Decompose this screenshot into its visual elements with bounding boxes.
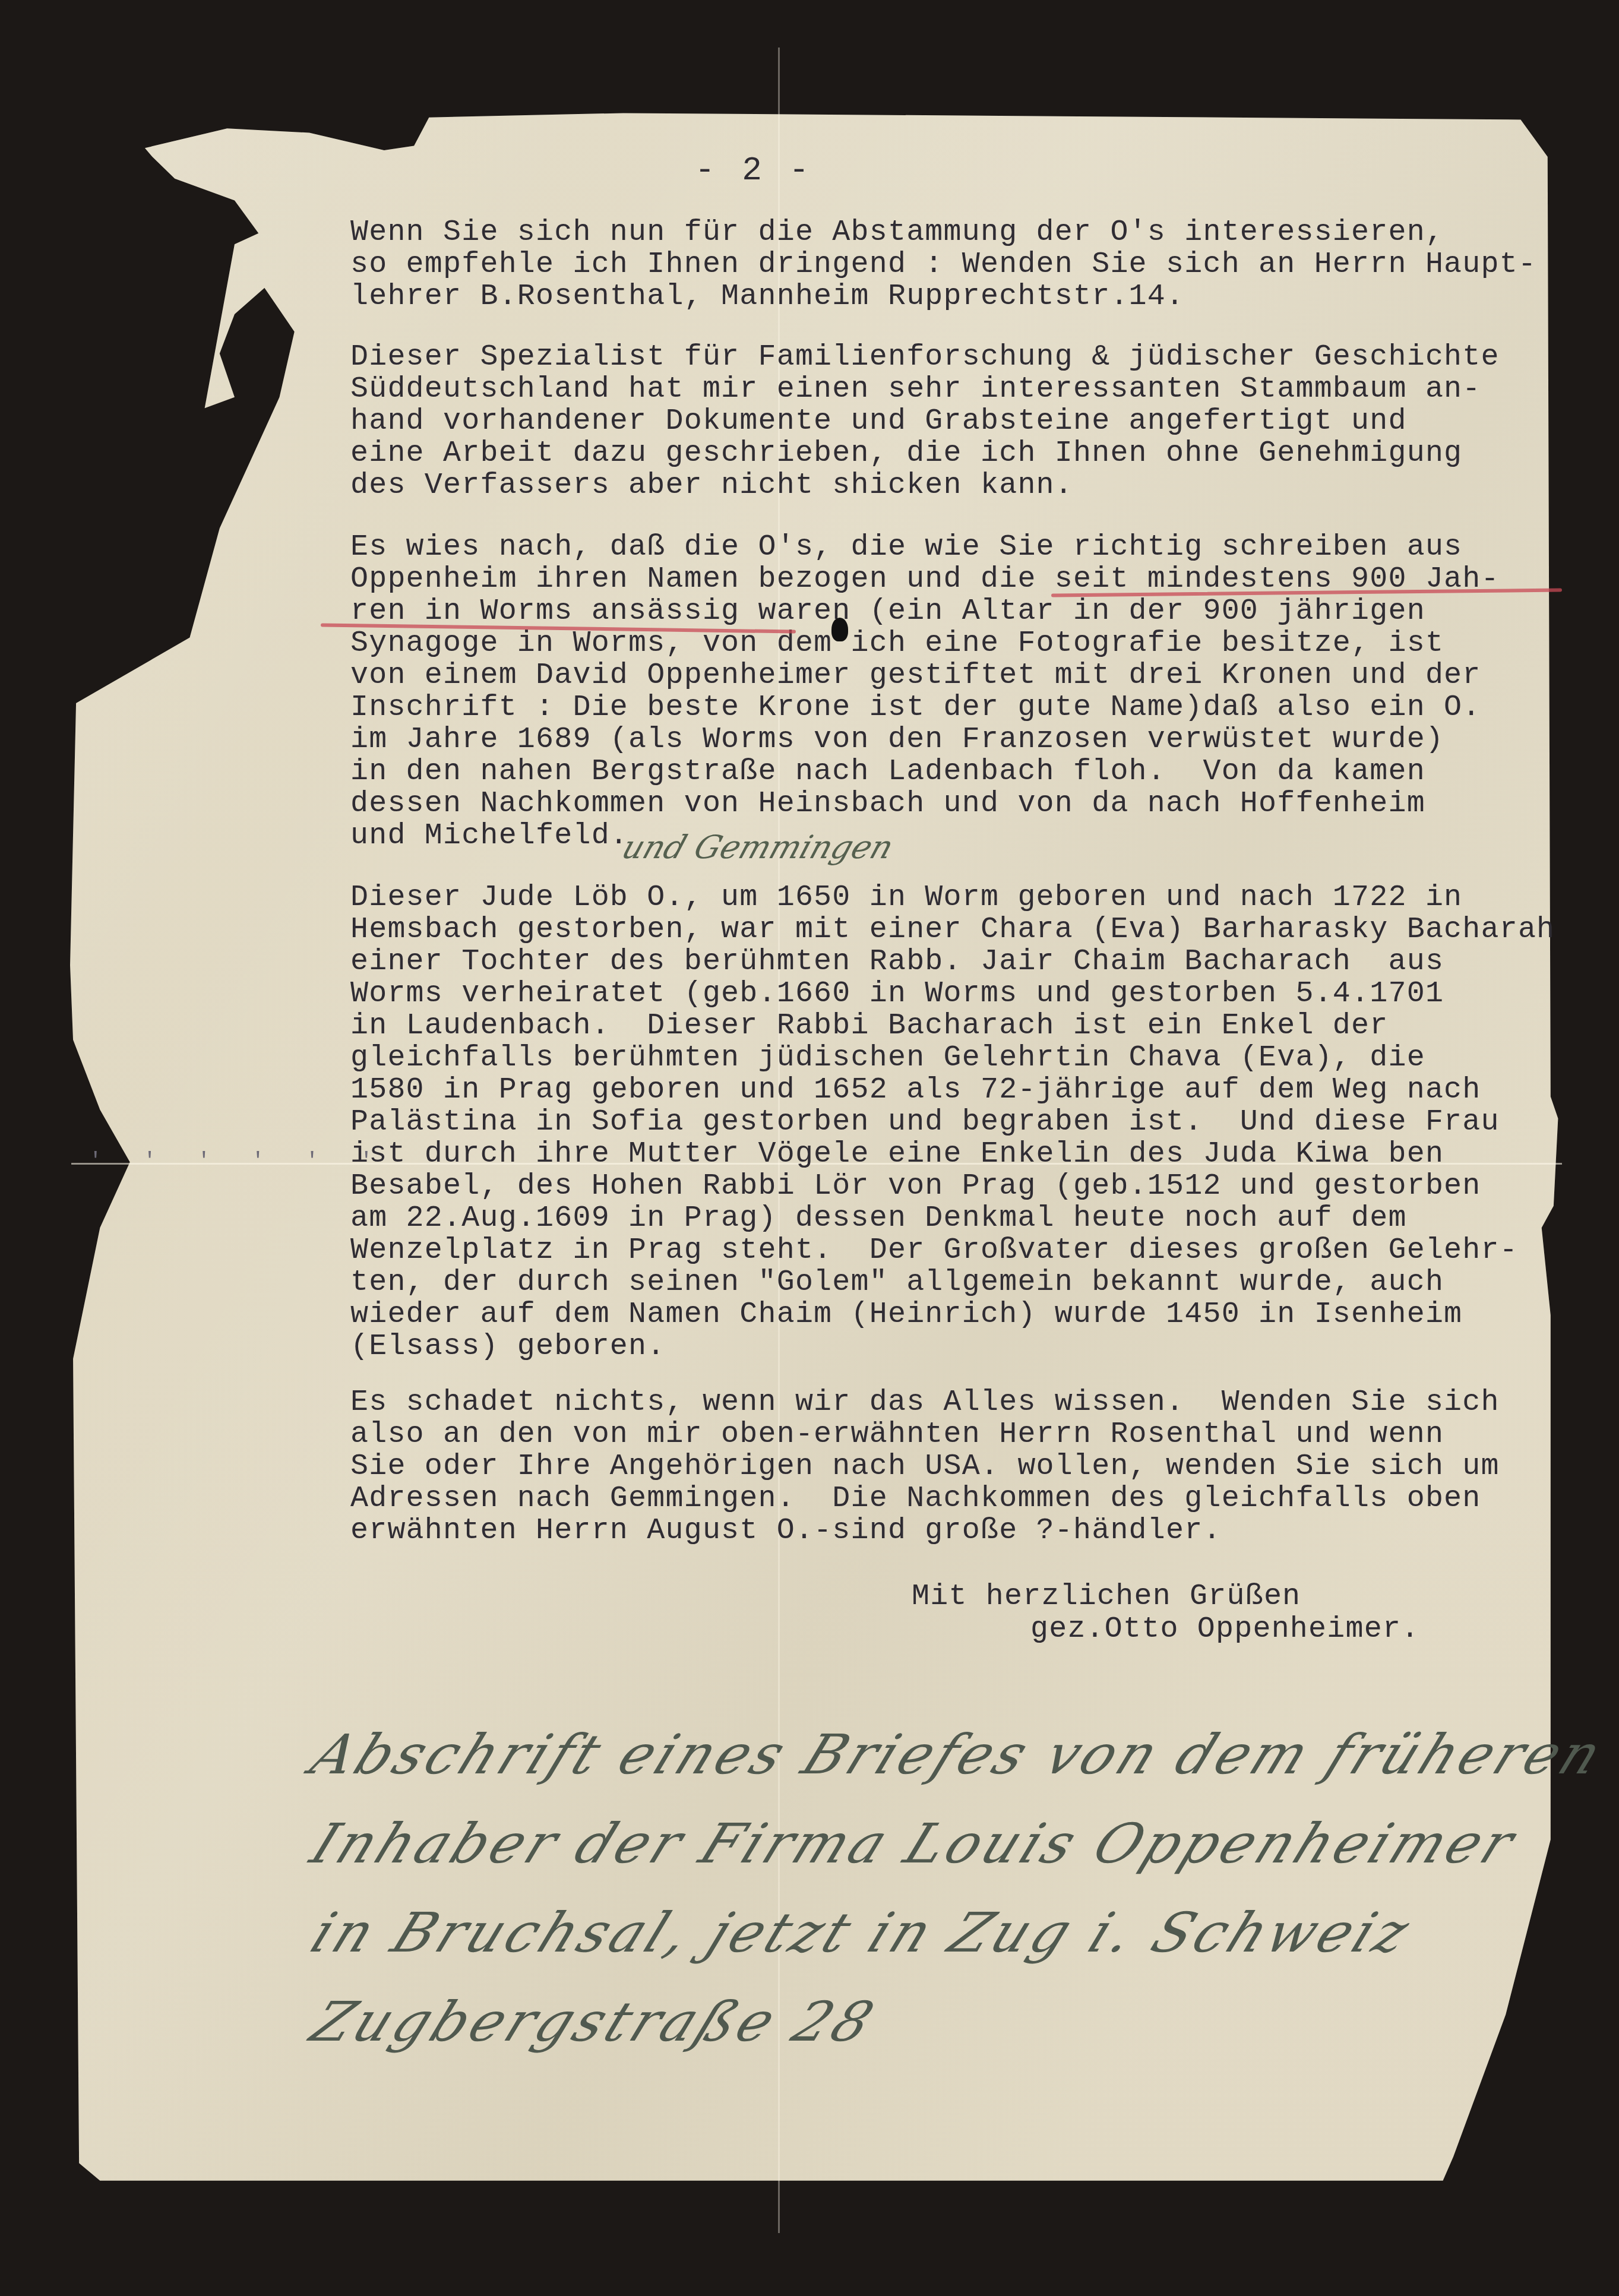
- text-line: ist durch ihre Mutter Vögele eine Enkeli…: [350, 1138, 1555, 1171]
- text-line: dessen Nachkommen von Heinsbach und von …: [350, 788, 1500, 820]
- handwritten-line: Abschrift eines Briefes von dem früheren: [297, 1710, 1509, 1800]
- text-line: eine Arbeit dazu geschrieben, die ich Ih…: [350, 438, 1500, 470]
- text-line: Hemsbach gestorben, war mit einer Chara …: [350, 914, 1555, 946]
- text-line: Sie oder Ihre Angehörigen nach USA. woll…: [350, 1451, 1500, 1483]
- paragraph-5: Es schadet nichts, wenn wir das Alles wi…: [350, 1387, 1500, 1547]
- text-line: gleichfalls berühmten jüdischen Gelehrti…: [350, 1042, 1555, 1074]
- margin-tick-marks: ' ' ' ' ' ': [89, 1149, 387, 1174]
- text-line: Wenn Sie sich nun für die Abstammung der…: [350, 217, 1536, 249]
- text-line: lehrer B.Rosenthal, Mannheim Rupprechtst…: [350, 281, 1536, 313]
- text-line: und Michelfeld.: [350, 820, 1500, 852]
- text-line: Dieser Spezialist für Familienforschung …: [350, 341, 1500, 374]
- text-line: ren in Worms ansässig waren (ein Altar i…: [350, 596, 1500, 628]
- text-line: einer Tochter des berühmten Rabb. Jair C…: [350, 946, 1555, 978]
- handwritten-line: Inhaber der Firma Louis Oppenheimer: [297, 1800, 1509, 1889]
- text-line: am 22.Aug.1609 in Prag) dessen Denkmal h…: [350, 1203, 1555, 1235]
- text-line: wieder auf dem Namen Chaim (Heinrich) wu…: [350, 1299, 1555, 1331]
- closing-signature: gez.Otto Oppenheimer.: [1030, 1612, 1419, 1646]
- text-line: Wenzelplatz in Prag steht. Der Großvater…: [350, 1235, 1555, 1267]
- ink-blot: [831, 618, 848, 641]
- text-line: des Verfassers aber nicht shicken kann.: [350, 470, 1500, 502]
- text-line: Adressen nach Gemmingen. Die Nachkommen …: [350, 1483, 1500, 1515]
- text-line: Synagoge in Worms, von dem ich eine Foto…: [350, 628, 1500, 660]
- paragraph-3: Es wies nach, daß die O's, die wie Sie r…: [350, 532, 1500, 852]
- text-line: im Jahre 1689 (als Worms von den Franzos…: [350, 724, 1500, 756]
- paragraph-4: Dieser Jude Löb O., um 1650 in Worm gebo…: [350, 882, 1555, 1363]
- text-line: Süddeutschland hat mir einen sehr intere…: [350, 374, 1500, 406]
- page-number: - 2 -: [695, 151, 812, 189]
- closing-greeting: Mit herzlichen Grüßen: [912, 1580, 1301, 1614]
- paragraph-2: Dieser Spezialist für Familienforschung …: [350, 341, 1500, 502]
- text-line: Worms verheiratet (geb.1660 in Worms und…: [350, 978, 1555, 1010]
- text-line: hand vorhandener Dokumente und Grabstein…: [350, 406, 1500, 438]
- text-line: Inschrift : Die beste Krone ist der gute…: [350, 692, 1500, 724]
- handwritten-note: Abschrift eines Briefes von dem früheren…: [315, 1710, 1491, 2067]
- text-line: in den nahen Bergstraße nach Ladenbach f…: [350, 756, 1500, 788]
- text-line: Dieser Jude Löb O., um 1650 in Worm gebo…: [350, 882, 1555, 914]
- text-line: in Laudenbach. Dieser Rabbi Bacharach is…: [350, 1010, 1555, 1042]
- handwritten-line: Zugbergstraße 28: [297, 1978, 1509, 2067]
- text-line: ten, der durch seinen "Golem" allgemein …: [350, 1267, 1555, 1299]
- paragraph-1: Wenn Sie sich nun für die Abstammung der…: [350, 217, 1536, 313]
- text-line: erwähnten Herrn August O.-sind große ?-h…: [350, 1515, 1500, 1547]
- handwritten-addition: und Gemmingen: [618, 828, 899, 866]
- text-line: 1580 in Prag geboren und 1652 als 72-jäh…: [350, 1074, 1555, 1106]
- text-line: Es schadet nichts, wenn wir das Alles wi…: [350, 1387, 1500, 1419]
- handwritten-line: in Bruchsal, jetzt in Zug i. Schweiz: [297, 1889, 1509, 1978]
- text-line: so empfehle ich Ihnen dringend : Wenden …: [350, 249, 1536, 281]
- text-line: Palästina in Sofia gestorben und begrabe…: [350, 1106, 1555, 1138]
- text-line: von einem David Oppenheimer gestiftet mi…: [350, 660, 1500, 692]
- text-line: also an den von mir oben-erwähnten Herrn…: [350, 1419, 1500, 1451]
- text-line: Besabel, des Hohen Rabbi Lör von Prag (g…: [350, 1171, 1555, 1203]
- text-line: Es wies nach, daß die O's, die wie Sie r…: [350, 532, 1500, 564]
- text-line: (Elsass) geboren.: [350, 1331, 1555, 1363]
